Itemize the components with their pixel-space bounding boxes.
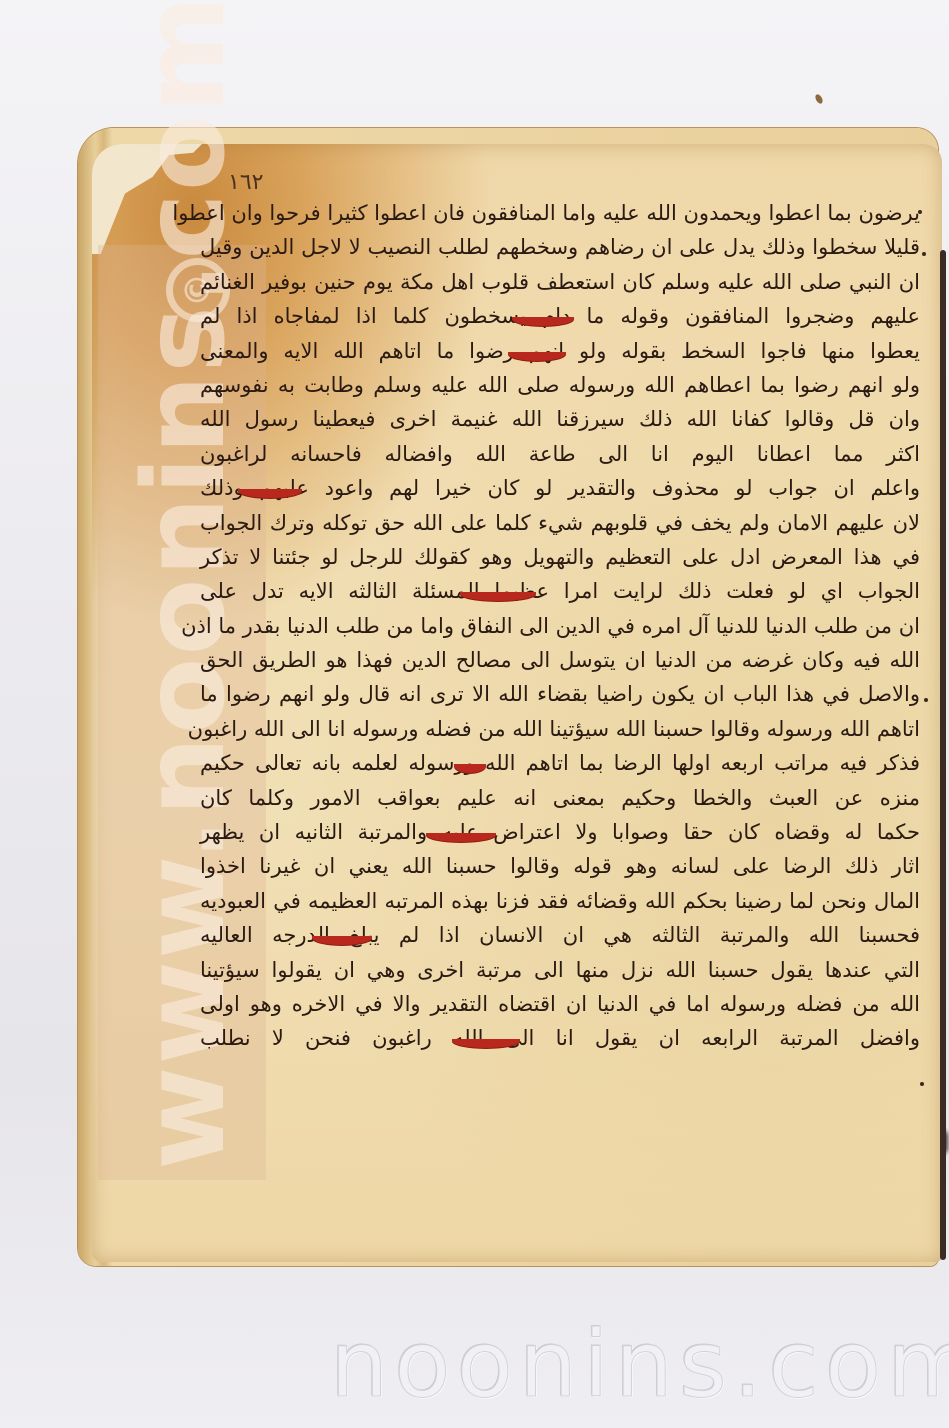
margin-dot: [920, 1082, 924, 1086]
text-line: يرضون بما اعطوا ويحمدون الله عليه واما ا…: [200, 196, 920, 230]
text-line: واعلم ان جواب لو محذوف والتقدير لو كان خ…: [200, 471, 920, 505]
text-line: عليهم وضجروا المنافقون وقوله ما دام يسخط…: [200, 299, 920, 333]
margin-dot: [924, 698, 928, 702]
text-line: وافضل المرتبة الرابعه ان يقول انا الى ال…: [200, 1021, 920, 1055]
text-line: الله فيه وكان غرضه من الدنيا ان يتوسل ال…: [200, 643, 920, 677]
text-line: منزه عن العبث والخطا وحكيم بمعنى انه علي…: [200, 781, 920, 815]
text-line: وان قل وقالوا كفانا الله ذلك سيرزقنا الل…: [200, 402, 920, 436]
text-line: اتاهم الله ورسوله وقالوا حسبنا الله سيؤت…: [200, 712, 920, 746]
text-line: المال ونحن لما رضينا بحكم الله وقضائه فق…: [200, 884, 920, 918]
text-line: ان من طلب الدنيا للدنيا آل امره في الدين…: [200, 609, 920, 643]
text-line: ولو انهم رضوا بما اعطاهم الله ورسوله صلى…: [200, 368, 920, 402]
text-line: الله من فضله ورسوله اما في الدنيا ان اقت…: [200, 987, 920, 1021]
text-line: في هذا المعرض ادل على التعظيم والتهويل و…: [200, 540, 920, 574]
margin-dot: [922, 252, 926, 256]
cover-edge: [940, 250, 946, 1260]
text-line: ان النبي صلى الله عليه وسلم كان استعطف ق…: [200, 265, 920, 299]
manuscript-text: يرضون بما اعطوا ويحمدون الله عليه واما ا…: [200, 196, 920, 1056]
text-line: التي عندها يقول حسبنا الله نزل منها الى …: [200, 953, 920, 987]
text-line: فحسبنا الله والمرتبة الثالثه هي ان الانس…: [200, 918, 920, 952]
text-line: اثار ذلك الرضا على لسانه وهو قوله وقالوا…: [200, 849, 920, 883]
text-line: قليلا سخطوا وذلك يدل على ان رضاهم وسخطهم…: [200, 230, 920, 264]
folio-number: ١٦٢: [228, 170, 263, 195]
margin-dot: [918, 210, 922, 214]
text-line: والاصل في هذا الباب ان يكون راضيا بقضاء …: [200, 677, 920, 711]
text-line: الجواب اي لو فعلت ذلك لرايت امرا عظيما ا…: [200, 574, 920, 608]
text-line: اكثر مما اعطانا اليوم انا الى طاعة الله …: [200, 437, 920, 471]
text-line: يعطوا منها فاجوا السخط بقوله ولو انهم رض…: [200, 334, 920, 368]
stain-speck: [814, 93, 824, 105]
text-line: حكما له وقضاه كان حقا وصوابا ولا اعتراض …: [200, 815, 920, 849]
bottom-watermark: noonins.com: [330, 1320, 949, 1410]
text-line: لان عليهم الامان ولم يخف في قلوبهم شيء ك…: [200, 506, 920, 540]
text-line: فذكر فيه مراتب اربعه اولها الرضا بما اتا…: [200, 746, 920, 780]
